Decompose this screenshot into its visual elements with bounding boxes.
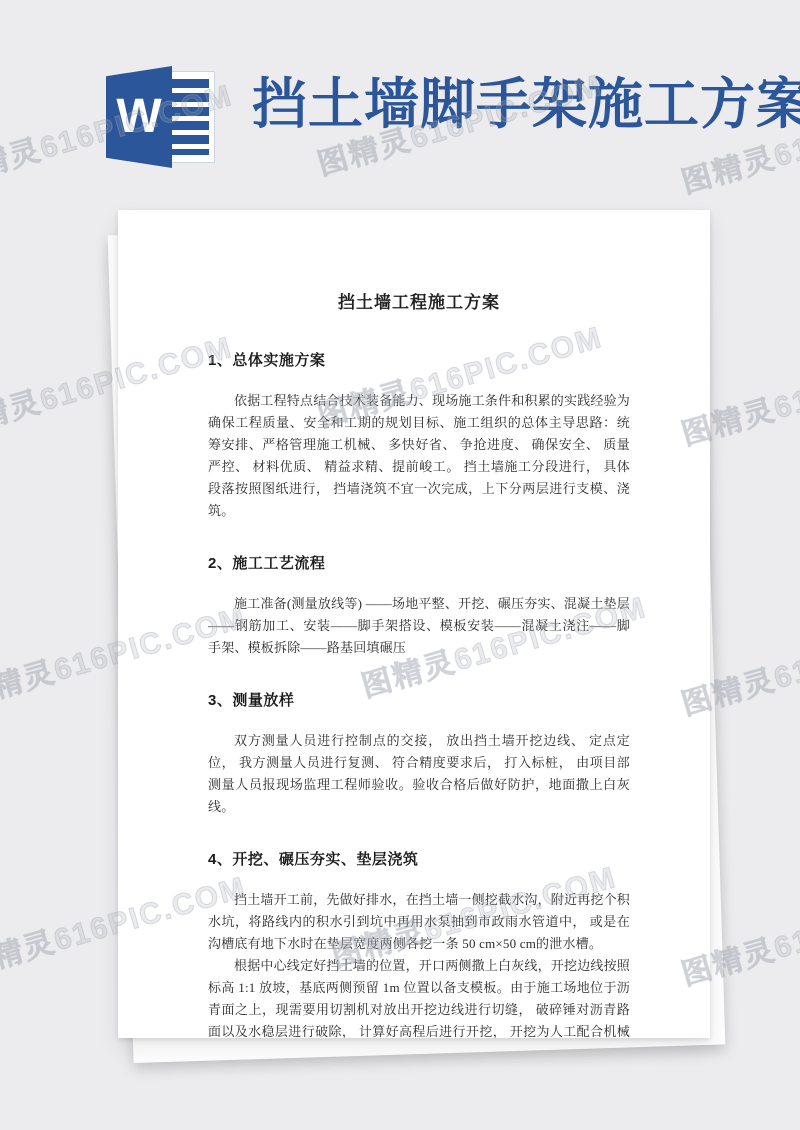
- word-logo-icon: W: [100, 64, 222, 170]
- section-heading-1: 1、总体实施方案: [208, 349, 630, 370]
- document-body: 1、总体实施方案 依据工程特点结合技术装备能力、现场施工条件和积累的实践经验为确…: [208, 349, 630, 1038]
- section-1-paragraph: 依据工程特点结合技术装备能力、现场施工条件和积累的实践经验为确保工程质量、安全和…: [208, 390, 630, 522]
- word-logo-text-lines: [172, 79, 209, 155]
- document-page: 挡土墙工程施工方案 1、总体实施方案 依据工程特点结合技术装备能力、现场施工条件…: [118, 210, 710, 1038]
- section-heading-4: 4、开挖、碾压夯实、垫层浇筑: [208, 848, 630, 869]
- word-logo-letter: W: [116, 93, 161, 141]
- section-4-paragraph-2: 根据中心线定好挡土墙的位置，开口两侧撒上白灰线，开挖边线按照标高 1:1 放坡，…: [208, 955, 630, 1038]
- word-logo-sheet: [166, 72, 214, 162]
- section-4-paragraph-1: 挡土墙开工前，先做好排水，在挡土墙一侧挖截水沟，附近再挖个积水坑，将路线内的积水…: [208, 889, 630, 955]
- section-3-paragraph: 双方测量人员进行控制点的交接， 放出挡土墙开挖边线、 定点定位， 我方测量人员进…: [208, 730, 630, 818]
- section-2-paragraph: 施工准备(测量放线等) ——场地平整、开挖、碾压夯实、混凝土垫层——钢筋加工、安…: [208, 593, 630, 659]
- word-logo-w-panel: W: [106, 66, 172, 168]
- preview-title: 挡土墙脚手架施工方案: [252, 72, 800, 138]
- section-heading-3: 3、测量放样: [208, 689, 630, 710]
- preview-canvas: W 挡土墙脚手架施工方案 挡土墙工程施工方案 1、总体实施方案 依据工程特点结合…: [0, 0, 800, 1130]
- section-heading-2: 2、施工工艺流程: [208, 552, 630, 573]
- document-title: 挡土墙工程施工方案: [208, 288, 630, 313]
